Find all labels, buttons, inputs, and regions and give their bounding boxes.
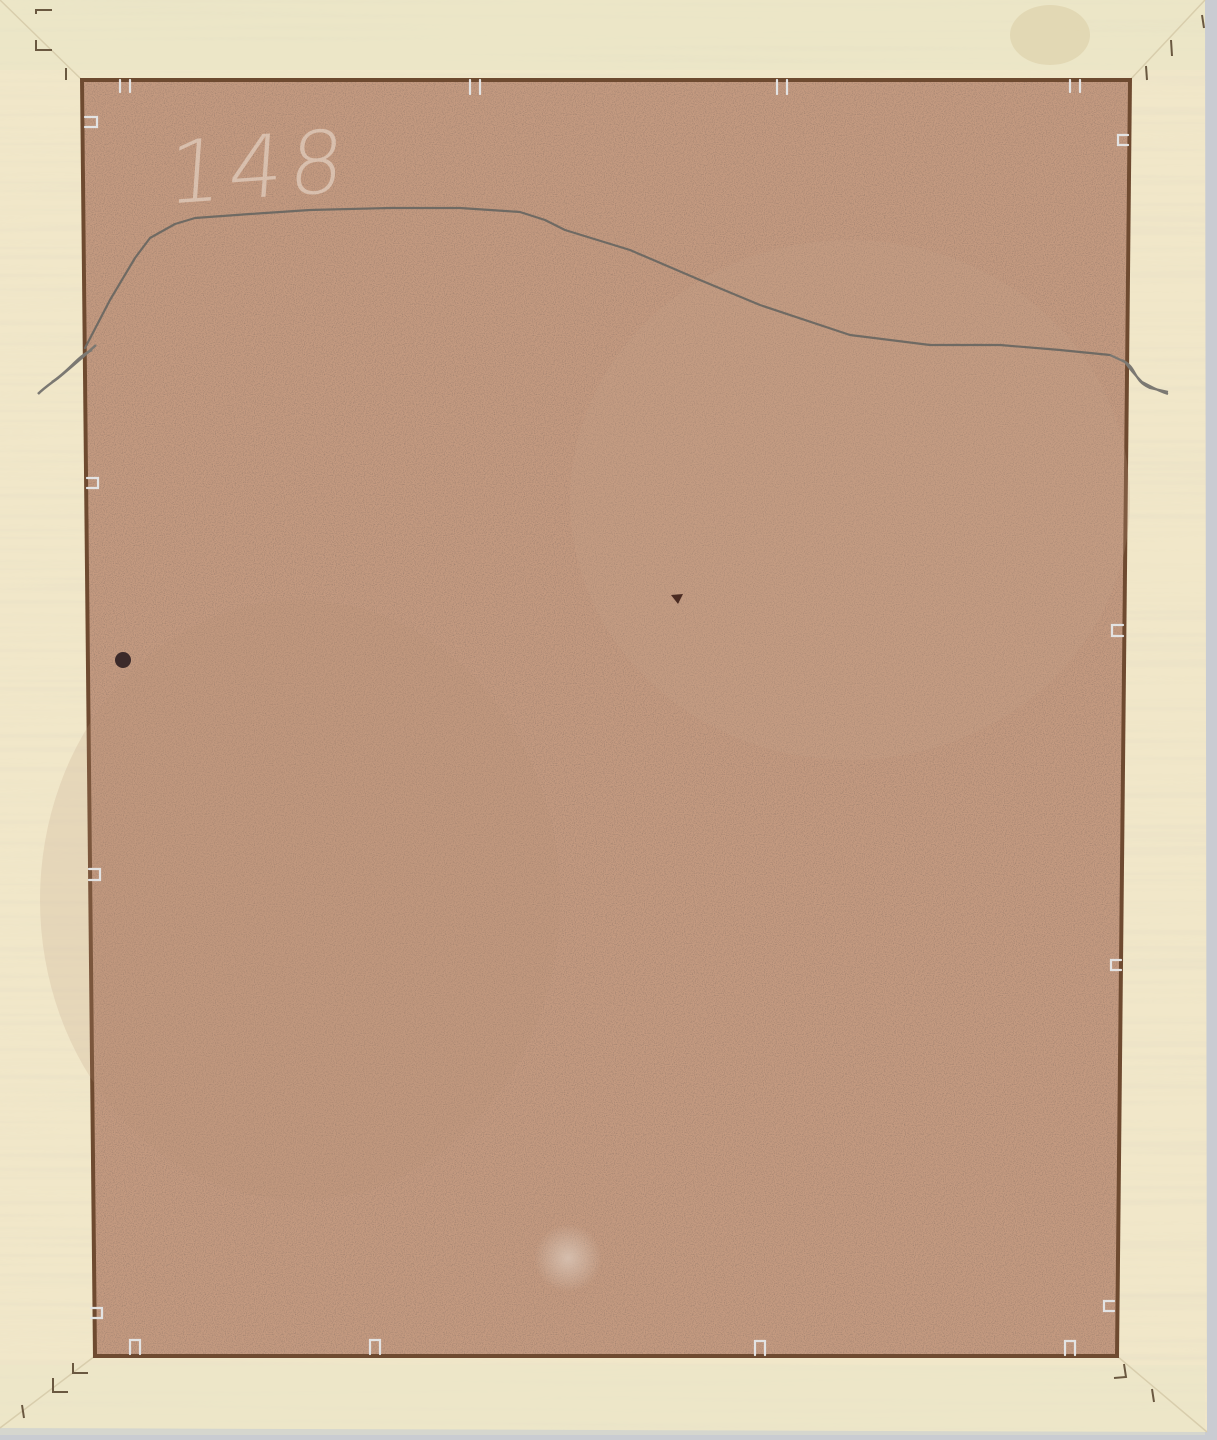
frame-illustration <box>0 0 1217 1440</box>
drill-hole-left <box>115 652 131 668</box>
picture-frame-back: 148 <box>0 0 1217 1440</box>
pale-patch-mark <box>534 1224 602 1292</box>
